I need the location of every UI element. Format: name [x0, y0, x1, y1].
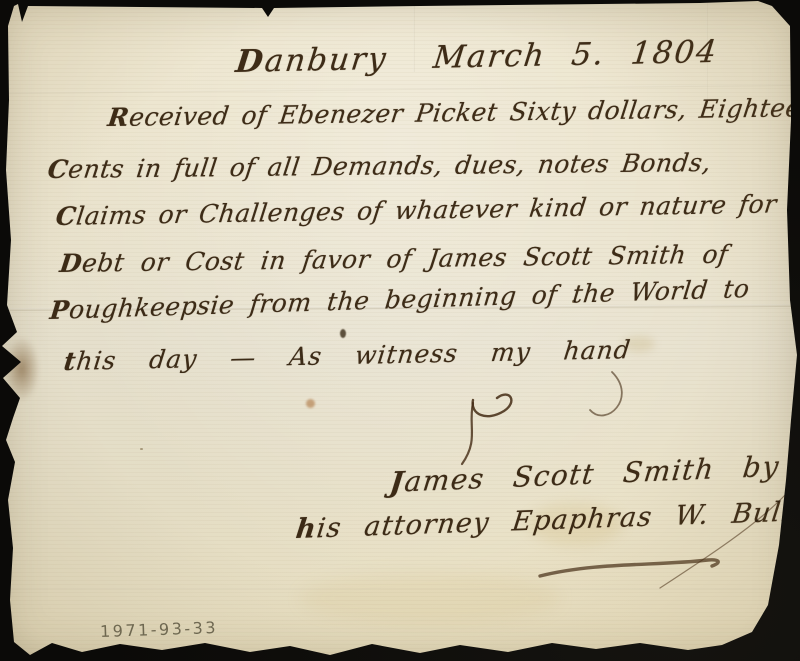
signature-line: his attorney Epaphras W. Bull — [294, 497, 793, 545]
fold-crease-horizontal-top — [0, 84, 800, 94]
dateline-place: Danbury — [234, 41, 390, 80]
body-line: Cents in full of all Demands, dues, note… — [46, 148, 713, 184]
folded-corner — [6, 626, 48, 658]
catalog-number: 1971-93-33 — [100, 618, 219, 641]
body-line: Received of Ebenezer Picket Sixty dollar… — [106, 93, 800, 132]
fold-crease-horizontal-bottom — [0, 588, 800, 590]
body-line: Poughkeepsie from the beginning of the W… — [48, 274, 751, 325]
ink-stain-spot — [306, 399, 315, 408]
paper-stain — [300, 572, 560, 624]
body-line: Debt or Cost in favor of James Scott Smi… — [58, 240, 730, 278]
dateline: DanburyMarch 5. 1804 — [234, 34, 720, 80]
dateline-date: March 5. 1804 — [431, 34, 720, 76]
photograph-background: DanburyMarch 5. 1804 Received of Ebeneze… — [0, 0, 800, 661]
torn-hole-discoloration — [4, 336, 40, 402]
ink-speck — [140, 448, 143, 450]
body-line: Claims or Challenges of whatever kind or… — [54, 189, 778, 231]
receipt-paper: DanburyMarch 5. 1804 Received of Ebeneze… — [0, 0, 800, 661]
signature-line: James Scott Smith by — [388, 450, 782, 500]
body-line: this day — As witness my hand — [62, 335, 632, 376]
paper-tear-mark — [340, 329, 346, 338]
